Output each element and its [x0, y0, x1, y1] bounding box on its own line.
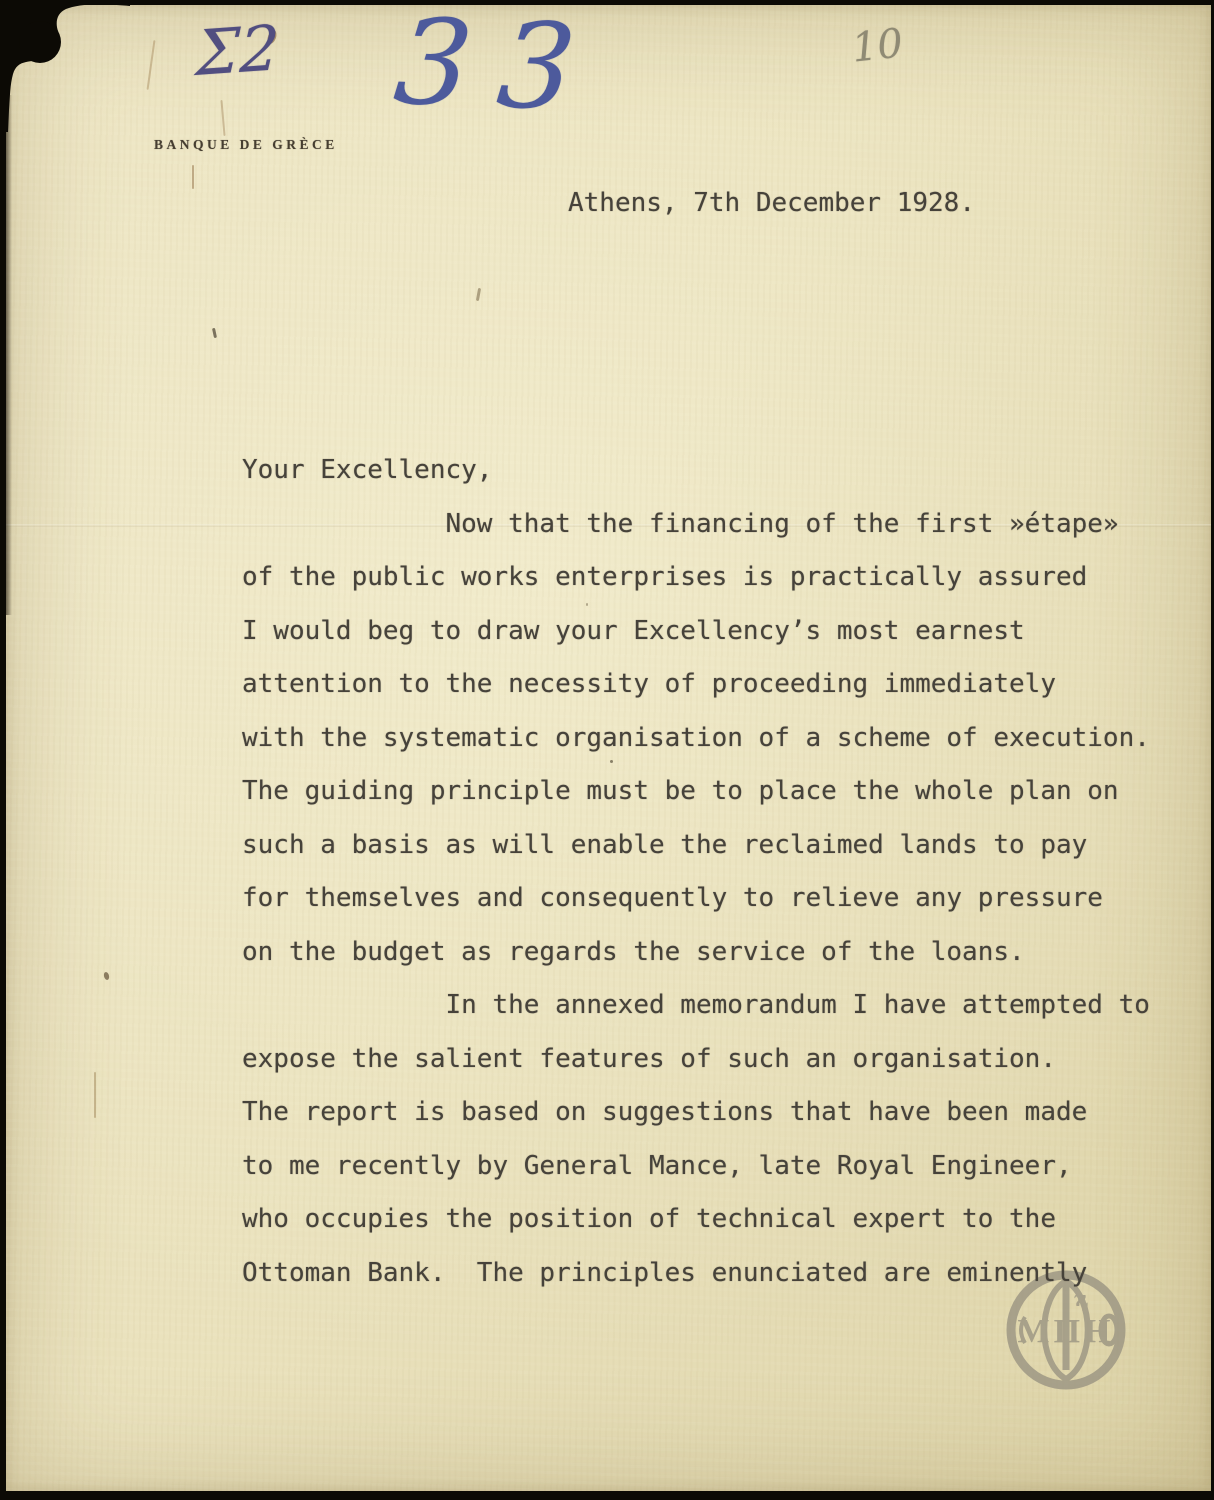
scan-edge-shadow	[6, 95, 12, 615]
handwritten-page-number-ink: 33	[390, 3, 608, 128]
paper-scratch	[94, 1072, 96, 1118]
letter-body: Your Excellency, Now that the financing …	[242, 444, 1150, 1300]
date-line: Athens, 7th December 1928.	[568, 188, 975, 218]
handwritten-file-mark: Σ2	[195, 17, 280, 85]
letterhead-bank-name: BANQUE DE GRÈCE	[154, 137, 338, 153]
paper-fiber	[192, 165, 194, 189]
torn-corner	[0, 0, 140, 132]
stamp-monogram: ΜΠΗ	[1018, 1313, 1115, 1350]
handwritten-page-number-pencil: 10	[850, 23, 905, 68]
scanned-letter-page: { "page": { "annotations": { "file_mark"…	[0, 0, 1214, 1500]
